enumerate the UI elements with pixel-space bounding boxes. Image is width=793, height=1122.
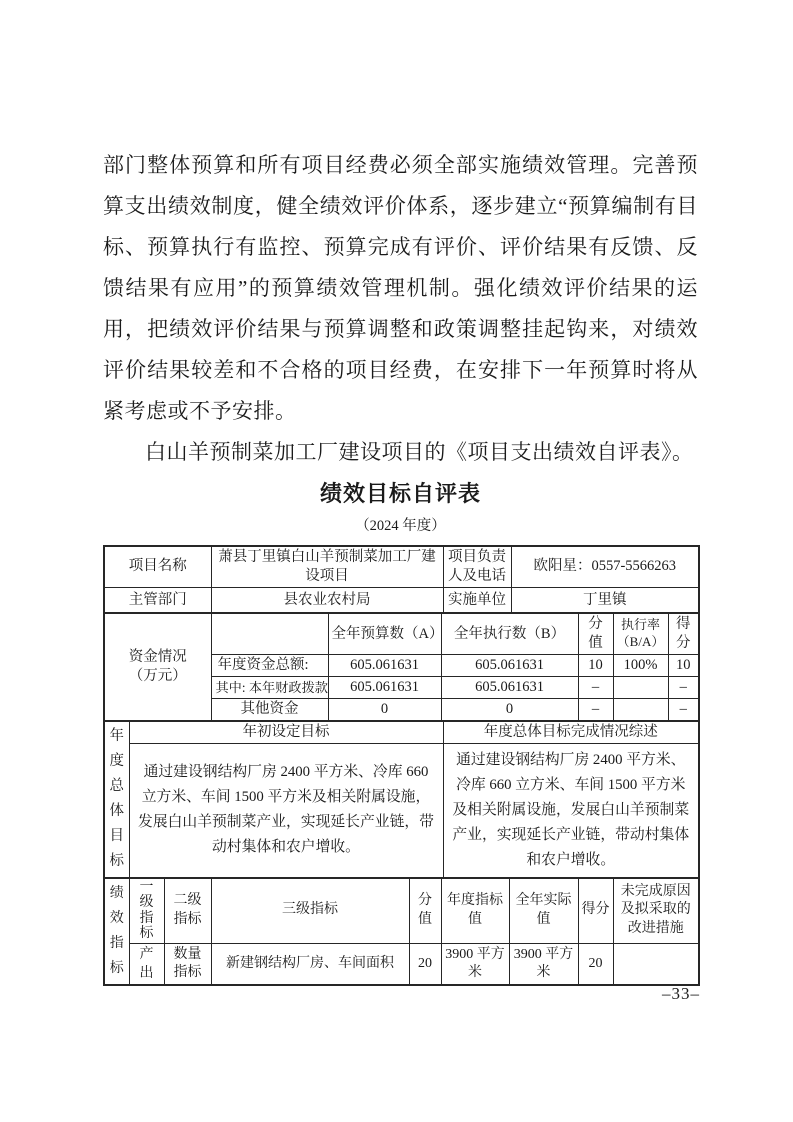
leader-label-cell: 项目负责人及电话 (443, 546, 511, 587)
funds-total-label-cell: 年度资金总额: (211, 654, 328, 676)
project-name-label-cell: 项目名称 (104, 546, 211, 587)
table-row: 主管部门 县农业农村局 实施单位 丁里镇 (104, 587, 699, 613)
funds-fiscal-weight-cell: – (578, 676, 613, 698)
funds-other-actual-cell: 0 (441, 698, 578, 720)
annual-goal-table: 年度总体目标 年初设定目标 年度总体目标完成情况综述 通过建设钢结构厂房 240… (103, 720, 700, 879)
table-subtitle: （2024 年度） (103, 514, 698, 535)
indicators-col-l2-cell: 二级指标 (164, 878, 211, 944)
indicator-actual-cell: 3900 平方米 (509, 943, 578, 985)
funds-table: 资金情况 （万元） 全年预算数（A） 全年执行数（B） 分值 执行率 （B/A）… (103, 612, 700, 722)
goal-set-header-cell: 年初设定目标 (129, 721, 443, 743)
indicators-col-score-cell: 得分 (578, 878, 613, 944)
annual-goal-vertical-label-cell: 年度总体目标 (104, 721, 129, 878)
funds-other-score-cell: – (668, 698, 699, 720)
funds-total-actual-cell: 605.061631 (441, 654, 578, 676)
funds-header-spacer-cell (211, 613, 328, 654)
paragraph-project-intro: 白山羊预制菜加工厂建设项目的《项目支出绩效自评表》。 (103, 432, 698, 473)
table-title: 绩效目标自评表 (103, 477, 698, 508)
table-row: 通过建设钢结构厂房 2400 平方米、冷库 660 立方米、车间 1500 平方… (104, 743, 699, 878)
funds-total-score-cell: 10 (668, 654, 699, 676)
table-row: 项目名称 萧县丁里镇白山羊预制菜加工厂建设项目 项目负责人及电话 欧阳星：055… (104, 546, 699, 587)
indicator-l1-value: 产出 (139, 945, 154, 983)
indicators-vertical-label-cell: 绩效指标 (104, 878, 129, 986)
funds-other-budget-cell: 0 (328, 698, 441, 720)
table-row: 资金情况 （万元） 全年预算数（A） 全年执行数（B） 分值 执行率 （B/A）… (104, 613, 699, 654)
indicators-table: 绩效指标 一级指标 二级指标 三级指标 分值 年度指标值 全年实际值 得分 未完… (103, 877, 700, 987)
funds-other-rate-cell (613, 698, 668, 720)
funds-col-rate-cell: 执行率 （B/A） (613, 613, 668, 654)
dept-label-cell: 主管部门 (104, 587, 211, 613)
dept-cell: 县农业农村局 (211, 587, 443, 613)
funds-section-label-cell: 资金情况 （万元） (104, 613, 211, 721)
funds-fiscal-score-cell: – (668, 676, 699, 698)
funds-col-budget-cell: 全年预算数（A） (328, 613, 441, 654)
indicators-col-weight-cell: 分值 (409, 878, 441, 944)
indicator-l3-cell: 新建钢结构厂房、车间面积 (211, 943, 409, 985)
funds-col-actual-cell: 全年执行数（B） (441, 613, 578, 654)
funds-col-weight-cell: 分值 (578, 613, 613, 654)
funds-fiscal-budget-cell: 605.061631 (328, 676, 441, 698)
funds-total-weight-cell: 10 (578, 654, 613, 676)
document-page: 部门整体预算和所有项目经费必须全部实施绩效管理。完善预算支出绩效制度，健全绩效评… (0, 0, 793, 1122)
indicators-col-l1-cell: 一级指标 (129, 878, 164, 944)
funds-fiscal-actual-cell: 605.061631 (441, 676, 578, 698)
unit-cell: 丁里镇 (511, 587, 699, 613)
indicators-col-l3-cell: 三级指标 (211, 878, 409, 944)
table-row: 产出 数量指标 新建钢结构厂房、车间面积 20 3900 平方米 3900 平方… (104, 943, 699, 985)
indicators-col-target-cell: 年度指标值 (441, 878, 509, 944)
indicator-weight-cell: 20 (409, 943, 441, 985)
project-name-cell: 萧县丁里镇白山羊预制菜加工厂建设项目 (211, 546, 443, 587)
unit-label-cell: 实施单位 (443, 587, 511, 613)
indicator-l1-cell: 产出 (129, 943, 164, 985)
funds-fiscal-label-cell: 其中: 本年财政拨款 (211, 676, 328, 698)
paragraph-budget-policy: 部门整体预算和所有项目经费必须全部实施绩效管理。完善预算支出绩效制度，健全绩效评… (103, 145, 698, 432)
indicators-vertical-label: 绩效指标 (109, 881, 124, 981)
annual-goal-vertical-label: 年度总体目标 (109, 724, 124, 874)
page-number: –33– (662, 984, 700, 1004)
funds-fiscal-rate-cell (613, 676, 668, 698)
funds-col-score-cell: 得分 (668, 613, 699, 654)
page-content: 部门整体预算和所有项目经费必须全部实施绩效管理。完善预算支出绩效制度，健全绩效评… (0, 0, 793, 986)
goal-summary-header-cell: 年度总体目标完成情况综述 (443, 721, 699, 743)
indicators-col-reason-cell: 未完成原因及拟采取的改进措施 (613, 878, 699, 944)
indicators-col-l1-label: 一级指标 (139, 880, 154, 942)
table-row: 年度总体目标 年初设定目标 年度总体目标完成情况综述 (104, 721, 699, 743)
indicator-target-cell: 3900 平方米 (441, 943, 509, 985)
goal-summary-text-cell: 通过建设钢结构厂房 2400 平方米、冷库 660 立方米、车间 1500 平方… (443, 743, 699, 878)
funds-total-rate-cell: 100% (613, 654, 668, 676)
indicator-l2-cell: 数量指标 (164, 943, 211, 985)
funds-other-weight-cell: – (578, 698, 613, 720)
goal-set-text-cell: 通过建设钢结构厂房 2400 平方米、冷库 660 立方米、车间 1500 平方… (129, 743, 443, 878)
table-row: 绩效指标 一级指标 二级指标 三级指标 分值 年度指标值 全年实际值 得分 未完… (104, 878, 699, 944)
indicators-col-actual-cell: 全年实际值 (509, 878, 578, 944)
basic-info-table: 项目名称 萧县丁里镇白山羊预制菜加工厂建设项目 项目负责人及电话 欧阳星：055… (103, 545, 700, 614)
funds-total-budget-cell: 605.061631 (328, 654, 441, 676)
funds-other-label-cell: 其他资金 (211, 698, 328, 720)
indicator-reason-cell (613, 943, 699, 985)
indicator-score-cell: 20 (578, 943, 613, 985)
leader-cell: 欧阳星：0557-5566263 (511, 546, 699, 587)
